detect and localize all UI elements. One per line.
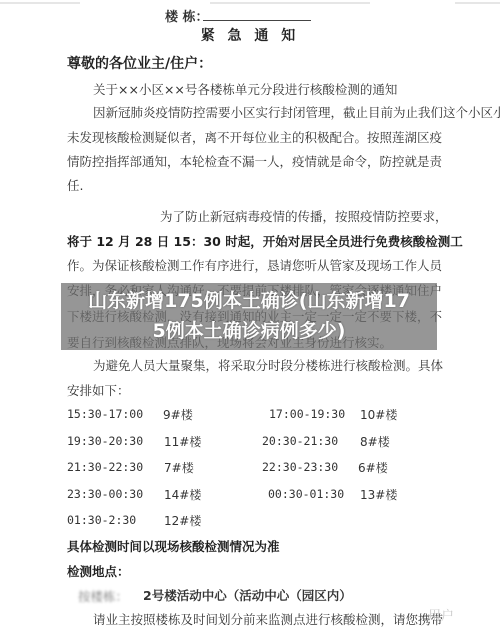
schedule-building: 14#楼 bbox=[164, 486, 201, 503]
schedule-time: 20:30-21:30 bbox=[262, 434, 338, 448]
schedule-time: 17:00-19:30 bbox=[269, 407, 345, 421]
location-label: 检测地点： bbox=[67, 562, 457, 580]
schedule-building: 11#楼 bbox=[164, 433, 201, 450]
header-blank-line bbox=[203, 20, 311, 21]
schedule-time: 21:30-22:30 bbox=[67, 460, 143, 474]
closing-line: 请业主按照楼栋及时间划分前来监测点进行核酸检测，请您携带 bbox=[93, 610, 443, 628]
schedule-time: 22:30-23:30 bbox=[262, 460, 338, 474]
paragraph-line: 为避免人员大量聚集，将采取分时段分楼栋进行核酸检测。具体 bbox=[93, 356, 483, 374]
schedule-building: 6#楼 bbox=[358, 459, 388, 476]
schedule-building: 7#楼 bbox=[164, 459, 194, 476]
schedule-time: 23:30-00:30 bbox=[67, 487, 143, 501]
paragraph-line: 情防控指挥部通知，本轮检查不漏一人，疫情就是命令，防控就是责 bbox=[67, 152, 457, 170]
paragraph-line: 关于××小区××号各楼栋单元分段进行核酸检测的通知 bbox=[93, 80, 483, 98]
paragraph-line: 为了防止新冠病毒疫情的传播，按照疫情防控要求， bbox=[160, 207, 500, 225]
schedule-note: 具体检测时间以现场核酸检测情况为准 bbox=[67, 537, 457, 555]
salutation: 尊敬的各位业主/住户： bbox=[67, 53, 212, 73]
headline-line-2: 5例本土确诊病例多少) bbox=[61, 316, 437, 346]
paragraph-line: 作。为保证核酸检测工作有序进行，恳请您听从管家及现场工作人员 bbox=[67, 256, 457, 274]
schedule-building: 10#楼 bbox=[360, 406, 397, 423]
paragraph-line: 安排如下： bbox=[67, 381, 457, 399]
top-edge-line-left bbox=[0, 2, 80, 4]
schedule-building: 8#楼 bbox=[360, 433, 390, 450]
header-label: 楼 栋： bbox=[165, 6, 209, 25]
top-edge-line-mid bbox=[210, 2, 370, 4]
top-edge-line-right bbox=[455, 2, 500, 4]
paragraph-line-bold: 将于 12 月 28 日 15：30 时起，开始对居民全员进行免费核酸检测工 bbox=[67, 232, 457, 250]
location-value: 2号楼活动中心（活动中心（园区内） bbox=[143, 586, 352, 604]
schedule-building: 9#楼 bbox=[163, 406, 193, 423]
location-prefix: 按楼栋： bbox=[78, 587, 128, 605]
schedule-time: 15:30-17:00 bbox=[67, 407, 143, 421]
paragraph-line: 未发现核酸检测疑似者，离不开每位业主的积极配合。按照莲湖区疫 bbox=[67, 128, 457, 146]
document-title: 紧 急 通 知 bbox=[0, 25, 500, 45]
schedule-time: 00:30-01:30 bbox=[268, 487, 344, 501]
schedule-building: 13#楼 bbox=[360, 486, 397, 503]
headline-overlay[interactable]: 山东新增175例本土确诊(山东新增17 5例本土确诊病例多少) bbox=[61, 286, 437, 346]
watermark: 用户 bbox=[428, 605, 454, 624]
paragraph-line: 因新冠肺炎疫情防控需要小区实行封闭管理，截止目前为止我们这个小区小区 bbox=[93, 103, 483, 121]
headline-line-1: 山东新增175例本土确诊(山东新增17 bbox=[61, 286, 437, 316]
schedule-building: 12#楼 bbox=[164, 512, 201, 529]
schedule-time: 19:30-20:30 bbox=[67, 434, 143, 448]
schedule-time: 01:30-2:30 bbox=[67, 513, 136, 527]
paragraph-line: 任. bbox=[67, 176, 457, 194]
